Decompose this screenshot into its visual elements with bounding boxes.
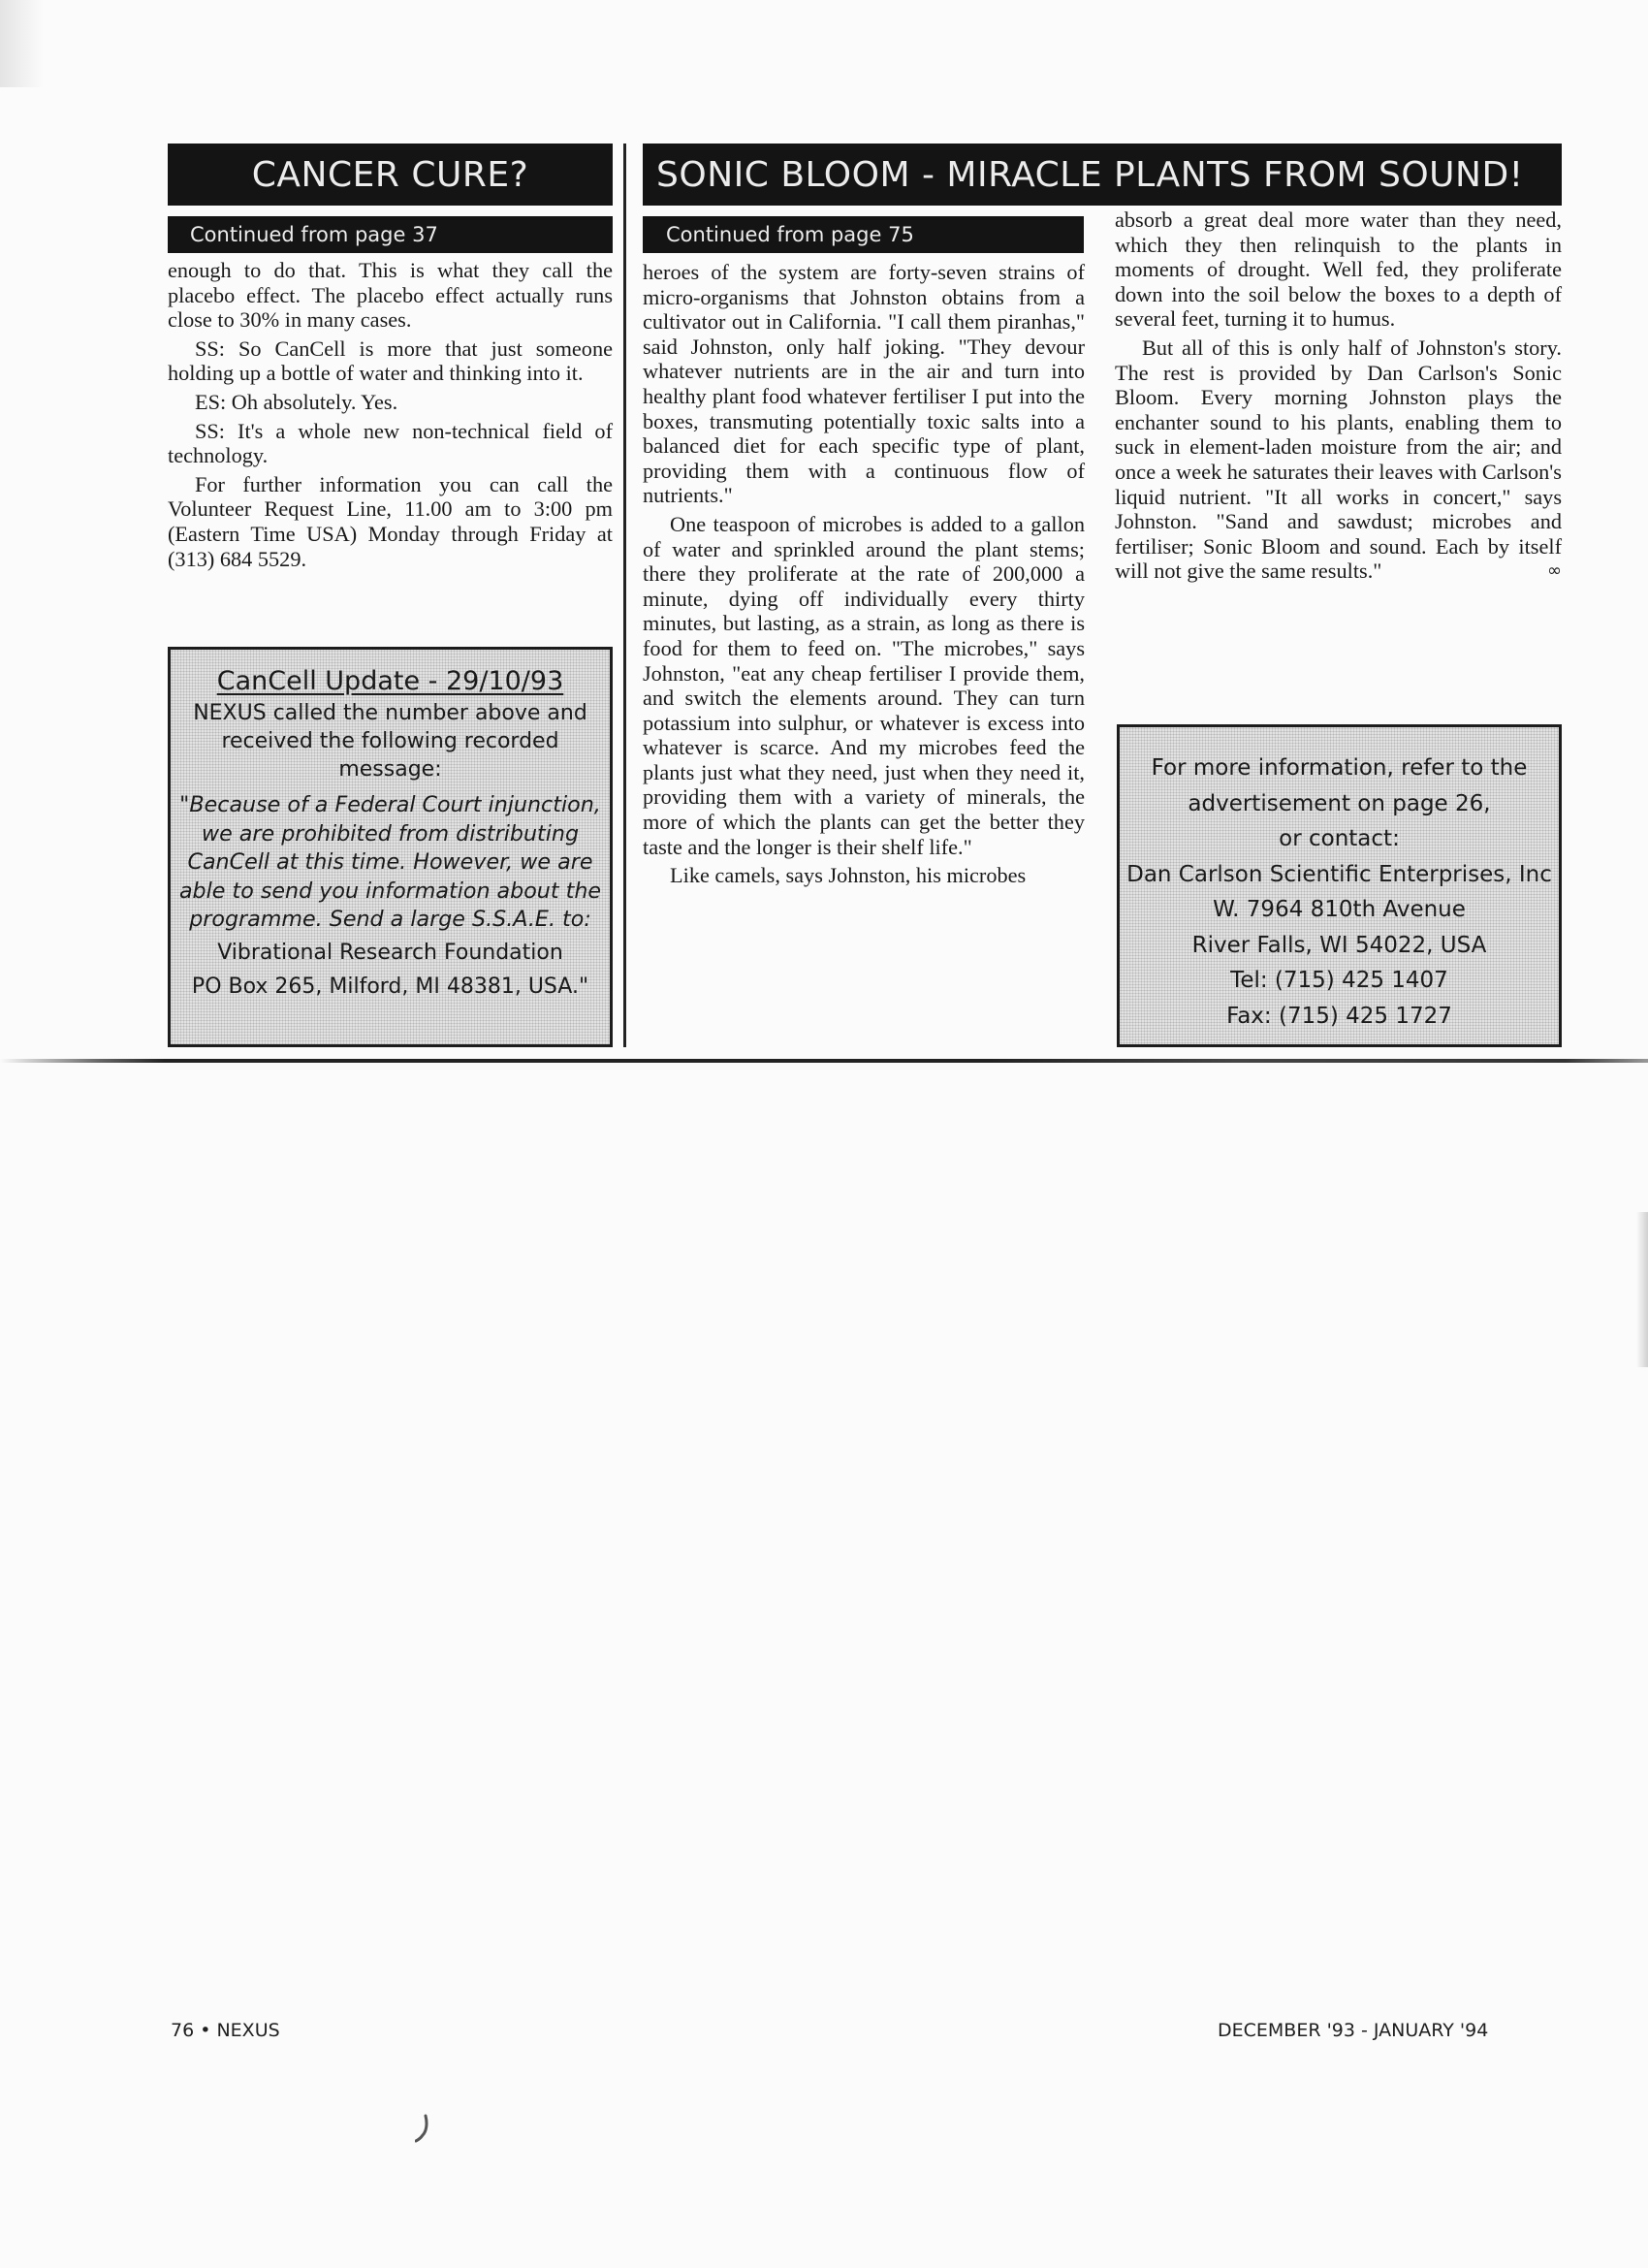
end-of-article-icon: ∞ — [1520, 559, 1562, 583]
paragraph-text: But all of this is only half of Johnston… — [1115, 335, 1562, 583]
telephone: Tel: (715) 425 1407 — [1120, 963, 1559, 999]
address-line: PO Box 265, Milford, MI 48381, USA." — [171, 971, 610, 1003]
paragraph: SS: It's a whole new non-technical field… — [168, 419, 613, 468]
scan-artifact-mark — [415, 2114, 428, 2143]
paragraph: heroes of the system are forty-seven str… — [643, 260, 1085, 508]
paragraph: For further information you can call the… — [168, 472, 613, 571]
continued-banner: Continued from page 37 — [168, 216, 613, 253]
quote-line: "Because of a Federal Court injunction, — [171, 791, 610, 820]
scan-shadow — [1636, 1212, 1648, 1367]
city-address: River Falls, WI 54022, USA — [1120, 928, 1559, 964]
box-title: CanCell Update - 29/10/93 — [171, 664, 610, 699]
street-address: W. 7964 810th Avenue — [1120, 892, 1559, 928]
paragraph: absorb a great deal more water than they… — [1115, 208, 1562, 332]
quoted-message: "Because of a Federal Court injunction, … — [171, 791, 610, 935]
bottom-rule — [0, 1059, 1648, 1063]
contact-info-box: For more information, refer to the adver… — [1117, 724, 1562, 1047]
article-column-1: enough to do that. This is what they cal… — [168, 258, 613, 571]
continued-banner: Continued from page 75 — [643, 216, 1084, 253]
article-title-sonic-bloom: SONIC BLOOM - MIRACLE PLANTS FROM SOUND! — [643, 144, 1562, 206]
fax: Fax: (715) 425 1727 — [1120, 999, 1559, 1035]
issue-date-footer: DECEMBER '93 - JANUARY '94 — [1218, 2020, 1488, 2041]
box-line: message: — [171, 755, 610, 783]
paragraph: Like camels, says Johnston, his microbes — [643, 863, 1085, 888]
company-name: Dan Carlson Scientific Enterprises, Inc — [1120, 857, 1559, 893]
address-line: Vibrational Research Foundation — [171, 937, 610, 969]
quote-line: able to send you information about the — [171, 878, 610, 907]
box-line: received the following recorded — [171, 727, 610, 755]
article-column-3: absorb a great deal more water than they… — [1115, 208, 1562, 584]
paragraph: One teaspoon of microbes is added to a g… — [643, 512, 1085, 859]
quote-line: programme. Send a large S.S.A.E. to: — [171, 906, 610, 935]
scan-shadow — [0, 0, 44, 87]
quote-line: CanCell at this time. However, we are — [171, 848, 610, 878]
quote-line: we are prohibited from distributing — [171, 820, 610, 849]
column-divider — [623, 144, 626, 1047]
paragraph: enough to do that. This is what they cal… — [168, 258, 613, 333]
cancell-update-box: CanCell Update - 29/10/93 NEXUS called t… — [168, 647, 613, 1047]
page-number-footer: 76 • NEXUS — [171, 2020, 280, 2041]
paragraph: ES: Oh absolutely. Yes. — [168, 390, 613, 415]
paragraph: SS: So CanCell is more that just some­on… — [168, 336, 613, 386]
article-column-2: heroes of the system are forty-seven str… — [643, 260, 1085, 888]
article-title-cancer-cure: CANCER CURE? — [168, 144, 613, 206]
paragraph: But all of this is only half of Johnston… — [1115, 335, 1562, 584]
box-line: advertisement on page 26, — [1120, 786, 1559, 822]
box-line: or contact: — [1120, 821, 1559, 857]
box-line: NEXUS called the number above and — [171, 699, 610, 727]
box-line: For more information, refer to the — [1120, 751, 1559, 786]
